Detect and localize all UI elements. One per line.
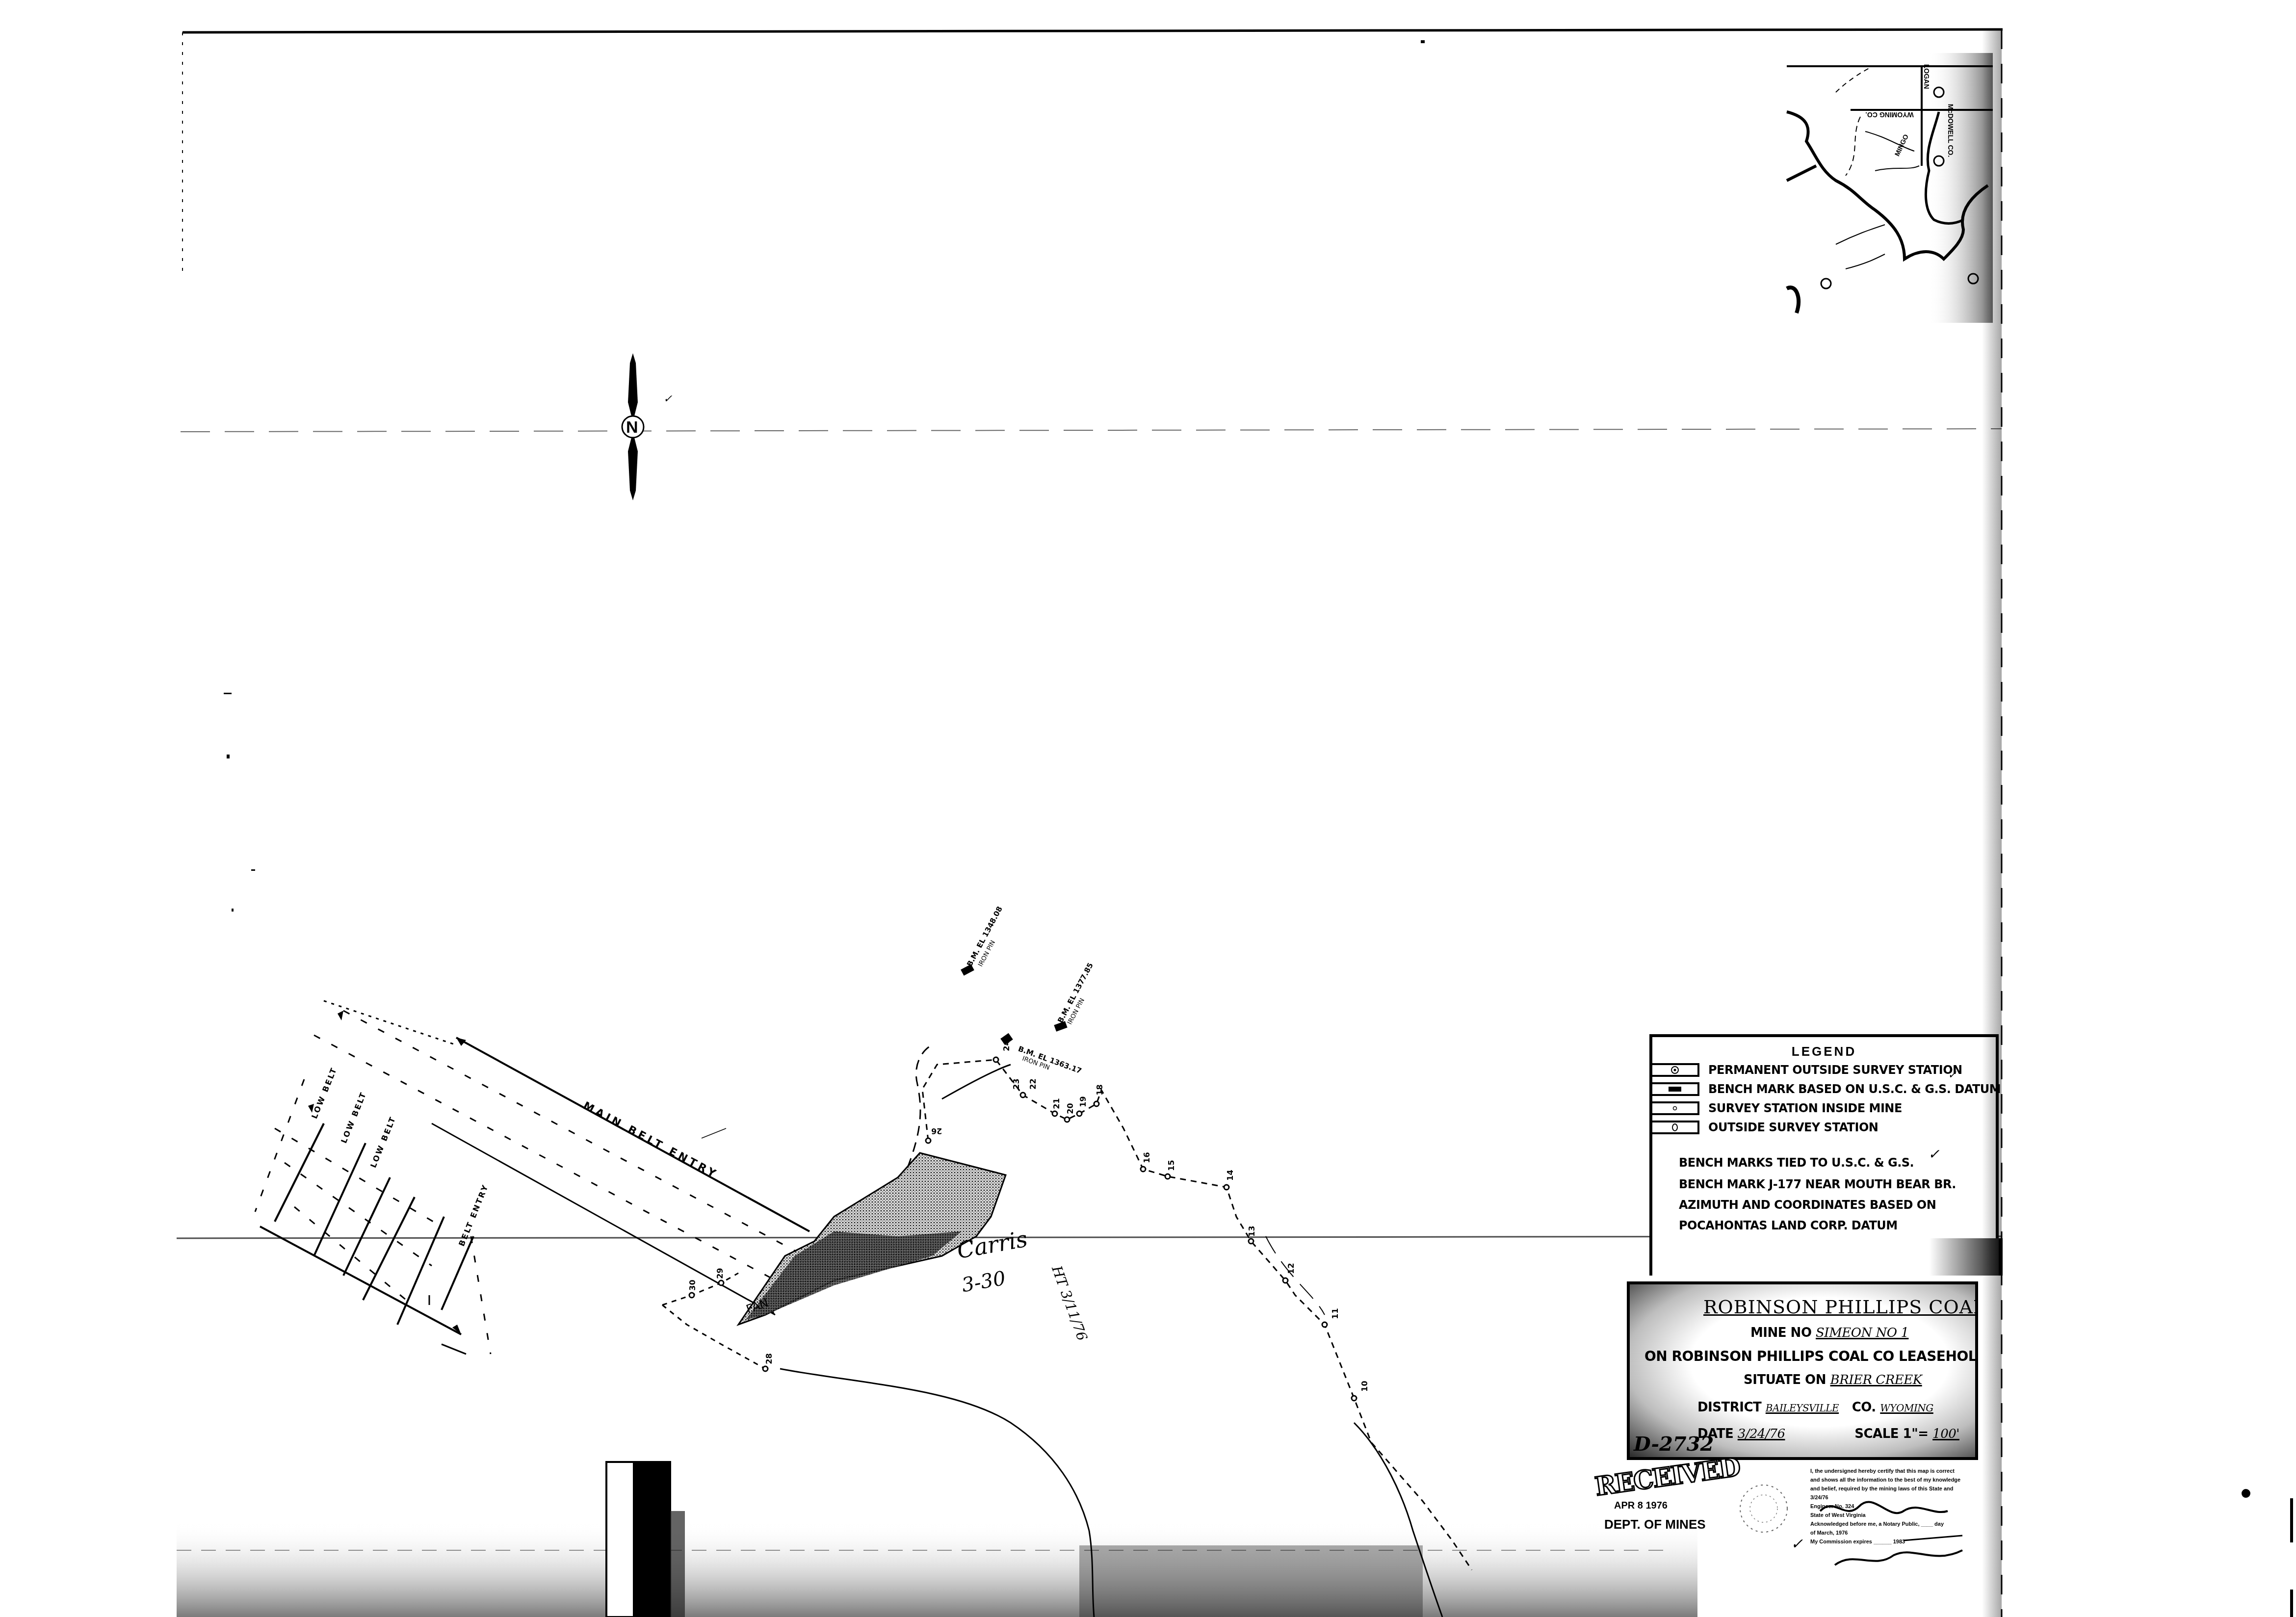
station-label: 10 [1360,1381,1369,1391]
situate-value: BRIER CREEK [1830,1373,1922,1387]
mine-no-row: MINE NO SIMEON NO 1 [1750,1326,1908,1340]
company-name: ROBINSON PHILLIPS COAL CO. [1703,1296,1978,1318]
notary-seal-icon [1737,1477,1791,1540]
station-label: 23 [1012,1078,1021,1089]
leasehold-line: ON ROBINSON PHILLIPS COAL CO LEASEHOLD [1644,1348,1978,1364]
station-label: 15 [1167,1160,1176,1171]
station-label: 28 [764,1353,774,1364]
permanent-outside-station-icon [1652,1063,1699,1077]
inset-label-wyoming: WYOMING CO. [1865,111,1914,119]
station-label: 29 [715,1268,725,1278]
stamp-department: DEPT. OF MINES [1604,1517,1706,1532]
legend: LEGEND PERMANENT OUTSIDE SURVEY STATION … [1649,1034,1999,1146]
station-label: 12 [1286,1263,1296,1274]
district-row: DISTRICT BAILEYSVILLE CO. WYOMING [1697,1400,1933,1415]
note-line: AZIMUTH AND COORDINATES BASED ON [1679,1198,1936,1212]
district-value: BAILEYSVILLE [1766,1402,1839,1414]
scan-edge-shading [1982,29,2002,1617]
north-arrow-label: N [626,418,638,437]
station-label: 14 [1226,1170,1235,1180]
legend-item: SURVEY STATION INSIDE MINE [1652,1100,1902,1117]
cert-line: I, the undersigned hereby certify that t… [1810,1467,1987,1476]
mine-map-sheet: N [0,0,2296,1617]
mine-no-label: MINE NO [1750,1326,1811,1340]
legend-label: SURVEY STATION INSIDE MINE [1708,1101,1902,1115]
date-row: DATE 3/24/76 SCALE 1"= 100' [1697,1427,1959,1441]
inset-map-linework [1777,53,1993,323]
inset-label-mcdowell: McDOWELL CO. [1947,104,1955,157]
station-label: 16 [1142,1152,1151,1163]
station-label: 22 [1028,1078,1038,1089]
mine-no-value: SIMEON NO 1 [1816,1326,1908,1340]
station-label: 11 [1331,1308,1340,1319]
station-label: 18 [1095,1084,1104,1095]
inside-station-icon [1652,1101,1699,1115]
station-label: 21 [1052,1098,1061,1109]
county-value: WYOMING [1880,1402,1933,1414]
notes-footer-strip [1649,1238,2003,1276]
datum-notes: BENCH MARKS TIED TO U.S.C. & G.S. BENCH … [1649,1140,1999,1241]
station-label: 30 [688,1279,697,1290]
legend-title: LEGEND [1652,1044,1996,1059]
received-stamp: RECEIVED APR 8 1976 DEPT. OF MINES [1594,1462,1740,1492]
signature-scribbles-icon [1815,1491,1982,1580]
district-label: DISTRICT [1697,1400,1761,1415]
outside-station-icon [1652,1121,1699,1134]
situate-label: SITUATE ON [1744,1373,1826,1387]
inset-label-logan: LOGAN [1923,64,1931,89]
legend-item: PERMANENT OUTSIDE SURVEY STATION [1652,1062,1962,1078]
legend-label: BENCH MARK BASED ON U.S.C. & G.S. DATUM [1708,1082,2001,1096]
check-mark-icon: ✓ [1928,1146,1939,1162]
inset-location-map: WYOMING CO. McDOWELL CO. LOGAN MINGO [1777,53,1993,323]
date-value: 3/24/76 [1738,1427,1821,1441]
legend-item: OUTSIDE SURVEY STATION [1652,1119,1878,1136]
scale-label: SCALE 1"= [1854,1427,1928,1441]
note-line: POCAHONTAS LAND CORP. DATUM [1679,1219,1898,1232]
cert-line: and shows all the information to the bes… [1810,1476,1987,1485]
note-line: BENCH MARK J-177 NEAR MOUTH BEAR BR. [1679,1177,1956,1191]
stamp-date: APR 8 1976 [1614,1500,1668,1512]
note-line: BENCH MARKS TIED TO U.S.C. & G.S. [1679,1156,1914,1170]
legend-label: OUTSIDE SURVEY STATION [1708,1121,1878,1134]
scale-value: 100' [1932,1427,1959,1441]
station-label: 13 [1247,1226,1256,1236]
station-label: 26 [931,1126,942,1136]
station-label: 20 [1066,1103,1075,1114]
drawing-number: D-2732 [1634,1433,1714,1456]
station-label: 24 [1002,1040,1011,1051]
county-label: CO. [1852,1400,1876,1415]
legend-item: BENCH MARK BASED ON U.S.C. & G.S. DATUM [1652,1081,2001,1097]
legend-label: PERMANENT OUTSIDE SURVEY STATION [1708,1063,1962,1077]
station-label: 19 [1078,1096,1088,1107]
check-mark-icon: ✓ [1791,1536,1803,1553]
bench-mark-icon [1652,1082,1699,1096]
check-mark-icon: ✓ [663,392,672,405]
check-mark-icon: ✓ [1948,1069,1957,1081]
situate-row: SITUATE ON BRIER CREEK [1744,1373,1922,1387]
